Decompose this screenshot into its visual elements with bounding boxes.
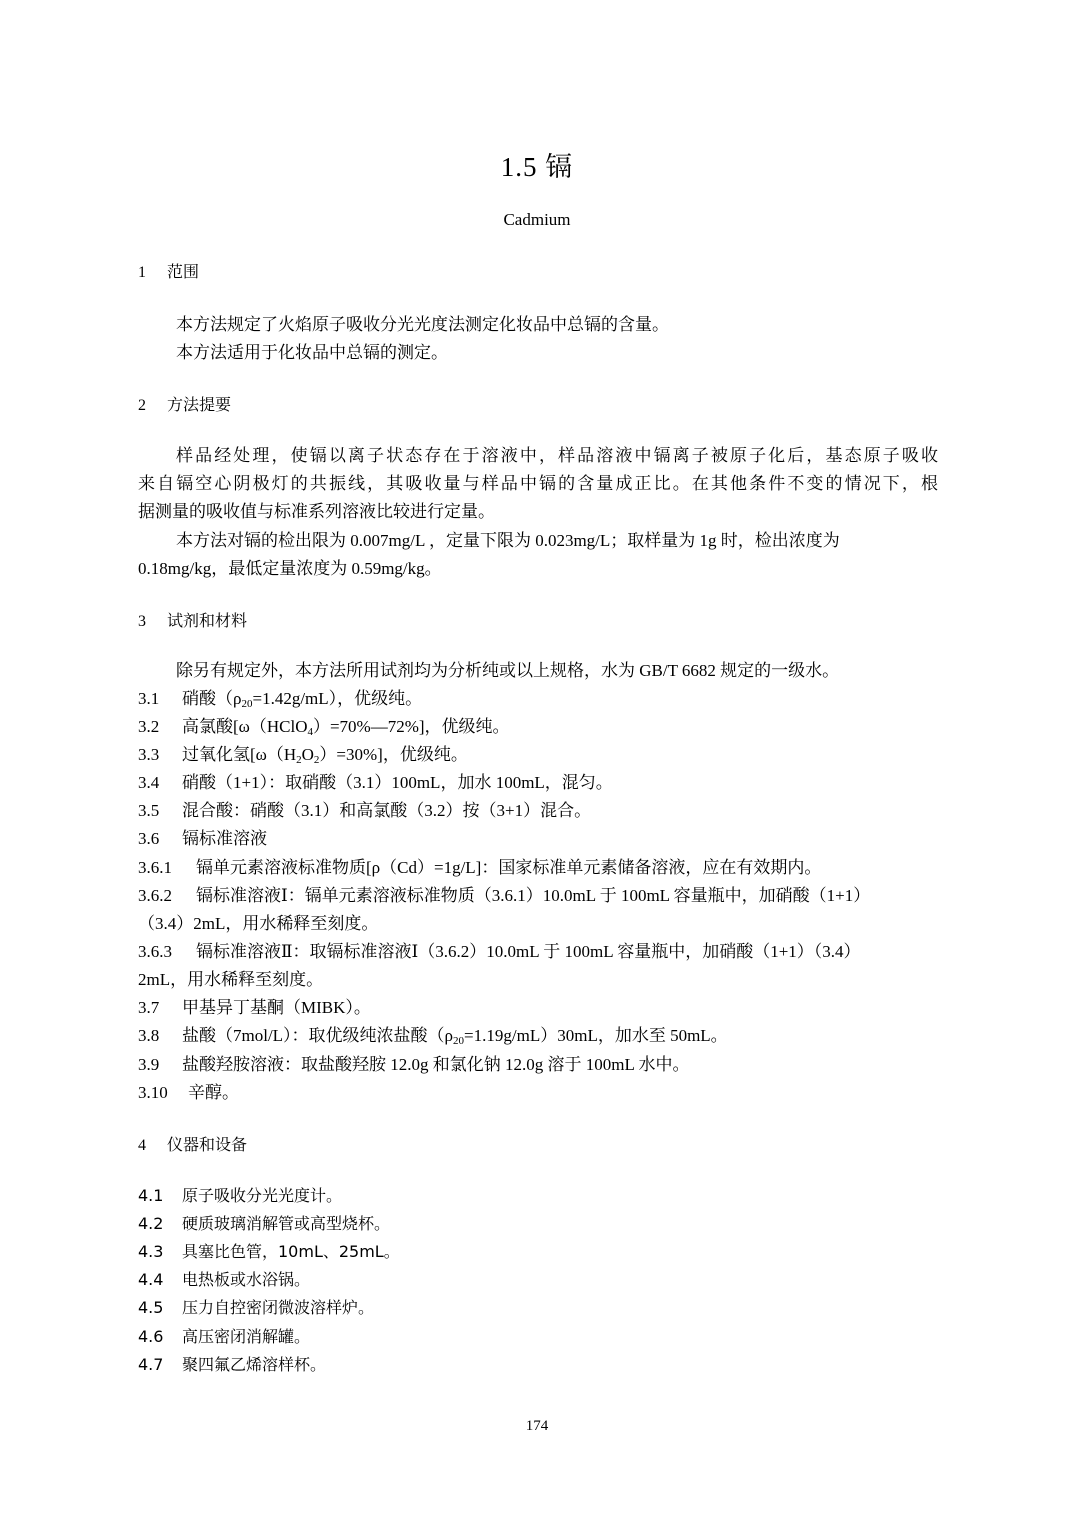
paragraph: 本方法规定了火焰原子吸收分光光度法测定化妆品中总镉的含量。 xyxy=(176,313,669,337)
list-item-3-2: 3.2高氯酸[ω（HClO4）=70%—72%]，优级纯。 xyxy=(138,715,510,739)
list-item-4-2: 4.2硬质玻璃消解管或高型烧杯。 xyxy=(138,1212,390,1236)
list-item-4-3: 4.3具塞比色管，10mL、25mL。 xyxy=(138,1240,400,1264)
paragraph-line: 样品经处理，使镉以离子状态存在于溶液中，样品溶液中镉离子被原子化后，基态原子吸收 xyxy=(176,444,938,468)
list-item-3-6: 3.6镉标准溶液 xyxy=(138,827,267,851)
list-item-3-6-1: 3.6.1镉单元素溶液标准物质[ρ（Cd）=1g/L]：国家标准单元素储备溶液，… xyxy=(138,856,821,880)
list-item-3-8: 3.8盐酸（7mol/L）：取优级纯浓盐酸（ρ20=1.19g/mL）30mL，… xyxy=(138,1024,728,1048)
page-title: 1.5 镉 xyxy=(0,150,1074,184)
list-item-3-6-3: 3.6.3镉标准溶液Ⅱ：取镉标准溶液Ⅰ（3.6.2）10.0mL 于 100mL… xyxy=(138,940,861,964)
list-item-4-4: 4.4电热板或水浴锅。 xyxy=(138,1268,310,1292)
page-number: 174 xyxy=(0,1418,1074,1435)
list-item-3-5: 3.5混合酸：硝酸（3.1）和高氯酸（3.2）按（3+1）混合。 xyxy=(138,799,591,823)
paragraph: 本方法适用于化妆品中总镉的测定。 xyxy=(176,341,448,365)
list-item-3-3: 3.3过氧化氢[ω（H2O2）=30%]，优级纯。 xyxy=(138,743,468,767)
section-heading-reagents: 3试剂和材料 xyxy=(138,609,247,634)
page-subtitle: Cadmium xyxy=(0,208,1074,232)
paragraph-line: 据测量的吸收值与标准系列溶液比较进行定量。 xyxy=(138,500,495,524)
list-item-3-6-2-continued: （3.4）2mL，用水稀释至刻度。 xyxy=(138,912,378,936)
paragraph: 除另有规定外，本方法所用试剂均为分析纯或以上规格，水为 GB/T 6682 规定… xyxy=(176,659,839,683)
list-item-4-1: 4.1原子吸收分光光度计。 xyxy=(138,1184,342,1208)
list-item-3-10: 3.10辛醇。 xyxy=(138,1081,239,1105)
list-item-3-4: 3.4硝酸（1+1）：取硝酸（3.1）100mL，加水 100mL，混匀。 xyxy=(138,771,613,795)
list-item-4-7: 4.7聚四氟乙烯溶样杯。 xyxy=(138,1353,326,1377)
section-heading-scope: 1范围 xyxy=(138,260,199,285)
paragraph-line: 本方法对镉的检出限为 0.007mg/L ，定量下限为 0.023mg/L；取样… xyxy=(176,529,840,553)
section-heading-principle: 2方法提要 xyxy=(138,393,231,418)
list-item-3-6-3-continued: 2mL，用水稀释至刻度。 xyxy=(138,968,323,992)
list-item-4-6: 4.6高压密闭消解罐。 xyxy=(138,1325,310,1349)
list-item-3-7: 3.7甲基异丁基酮（MIBK）。 xyxy=(138,996,371,1020)
document-page: 1.5 镉 Cadmium 1范围 本方法规定了火焰原子吸收分光光度法测定化妆品… xyxy=(0,0,1074,1520)
list-item-3-9: 3.9盐酸羟胺溶液：取盐酸羟胺 12.0g 和氯化钠 12.0g 溶于 100m… xyxy=(138,1053,689,1077)
paragraph-line: 来自镉空心阴极灯的共振线，其吸收量与样品中镉的含量成正比。在其他条件不变的情况下… xyxy=(138,472,938,496)
section-heading-apparatus: 4仪器和设备 xyxy=(138,1133,247,1158)
list-item-4-5: 4.5压力自控密闭微波溶样炉。 xyxy=(138,1296,374,1320)
list-item-3-1: 3.1硝酸（ρ20=1.42g/mL），优级纯。 xyxy=(138,687,422,711)
list-item-3-6-2: 3.6.2镉标准溶液Ⅰ：镉单元素溶液标准物质（3.6.1）10.0mL 于 10… xyxy=(138,884,870,908)
paragraph-line: 0.18mg/kg，最低定量浓度为 0.59mg/kg。 xyxy=(138,557,442,581)
